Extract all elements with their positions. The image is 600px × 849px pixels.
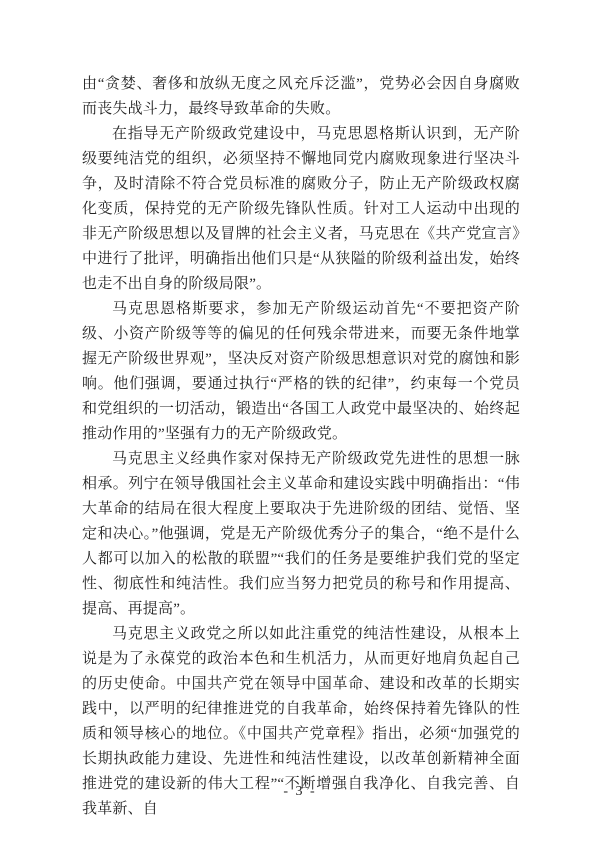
document-body: 由“贪婪、奢侈和放纵无度之风充斥泛滥”，党势必会因自身腐败而丧失战斗力，最终导致… bbox=[82, 72, 520, 822]
paragraph: 马克思主义经典作家对保持无产阶级政党先进性的思想一脉相承。列宁在领导俄国社会主义… bbox=[82, 447, 520, 622]
document-page: 由“贪婪、奢侈和放纵无度之风充斥泛滥”，党势必会因自身腐败而丧失战斗力，最终导致… bbox=[0, 0, 600, 849]
paragraph: 在指导无产阶级政党建设中，马克思恩格斯认识到，无产阶级要纯洁党的组织，必须坚持不… bbox=[82, 122, 520, 297]
page-number: - 3 - bbox=[0, 783, 600, 801]
paragraph: 由“贪婪、奢侈和放纵无度之风充斥泛滥”，党势必会因自身腐败而丧失战斗力，最终导致… bbox=[82, 72, 520, 122]
paragraph: 马克思恩格斯要求，参加无产阶级运动首先“不要把资产阶级、小资产阶级等等的偏见的任… bbox=[82, 297, 520, 447]
